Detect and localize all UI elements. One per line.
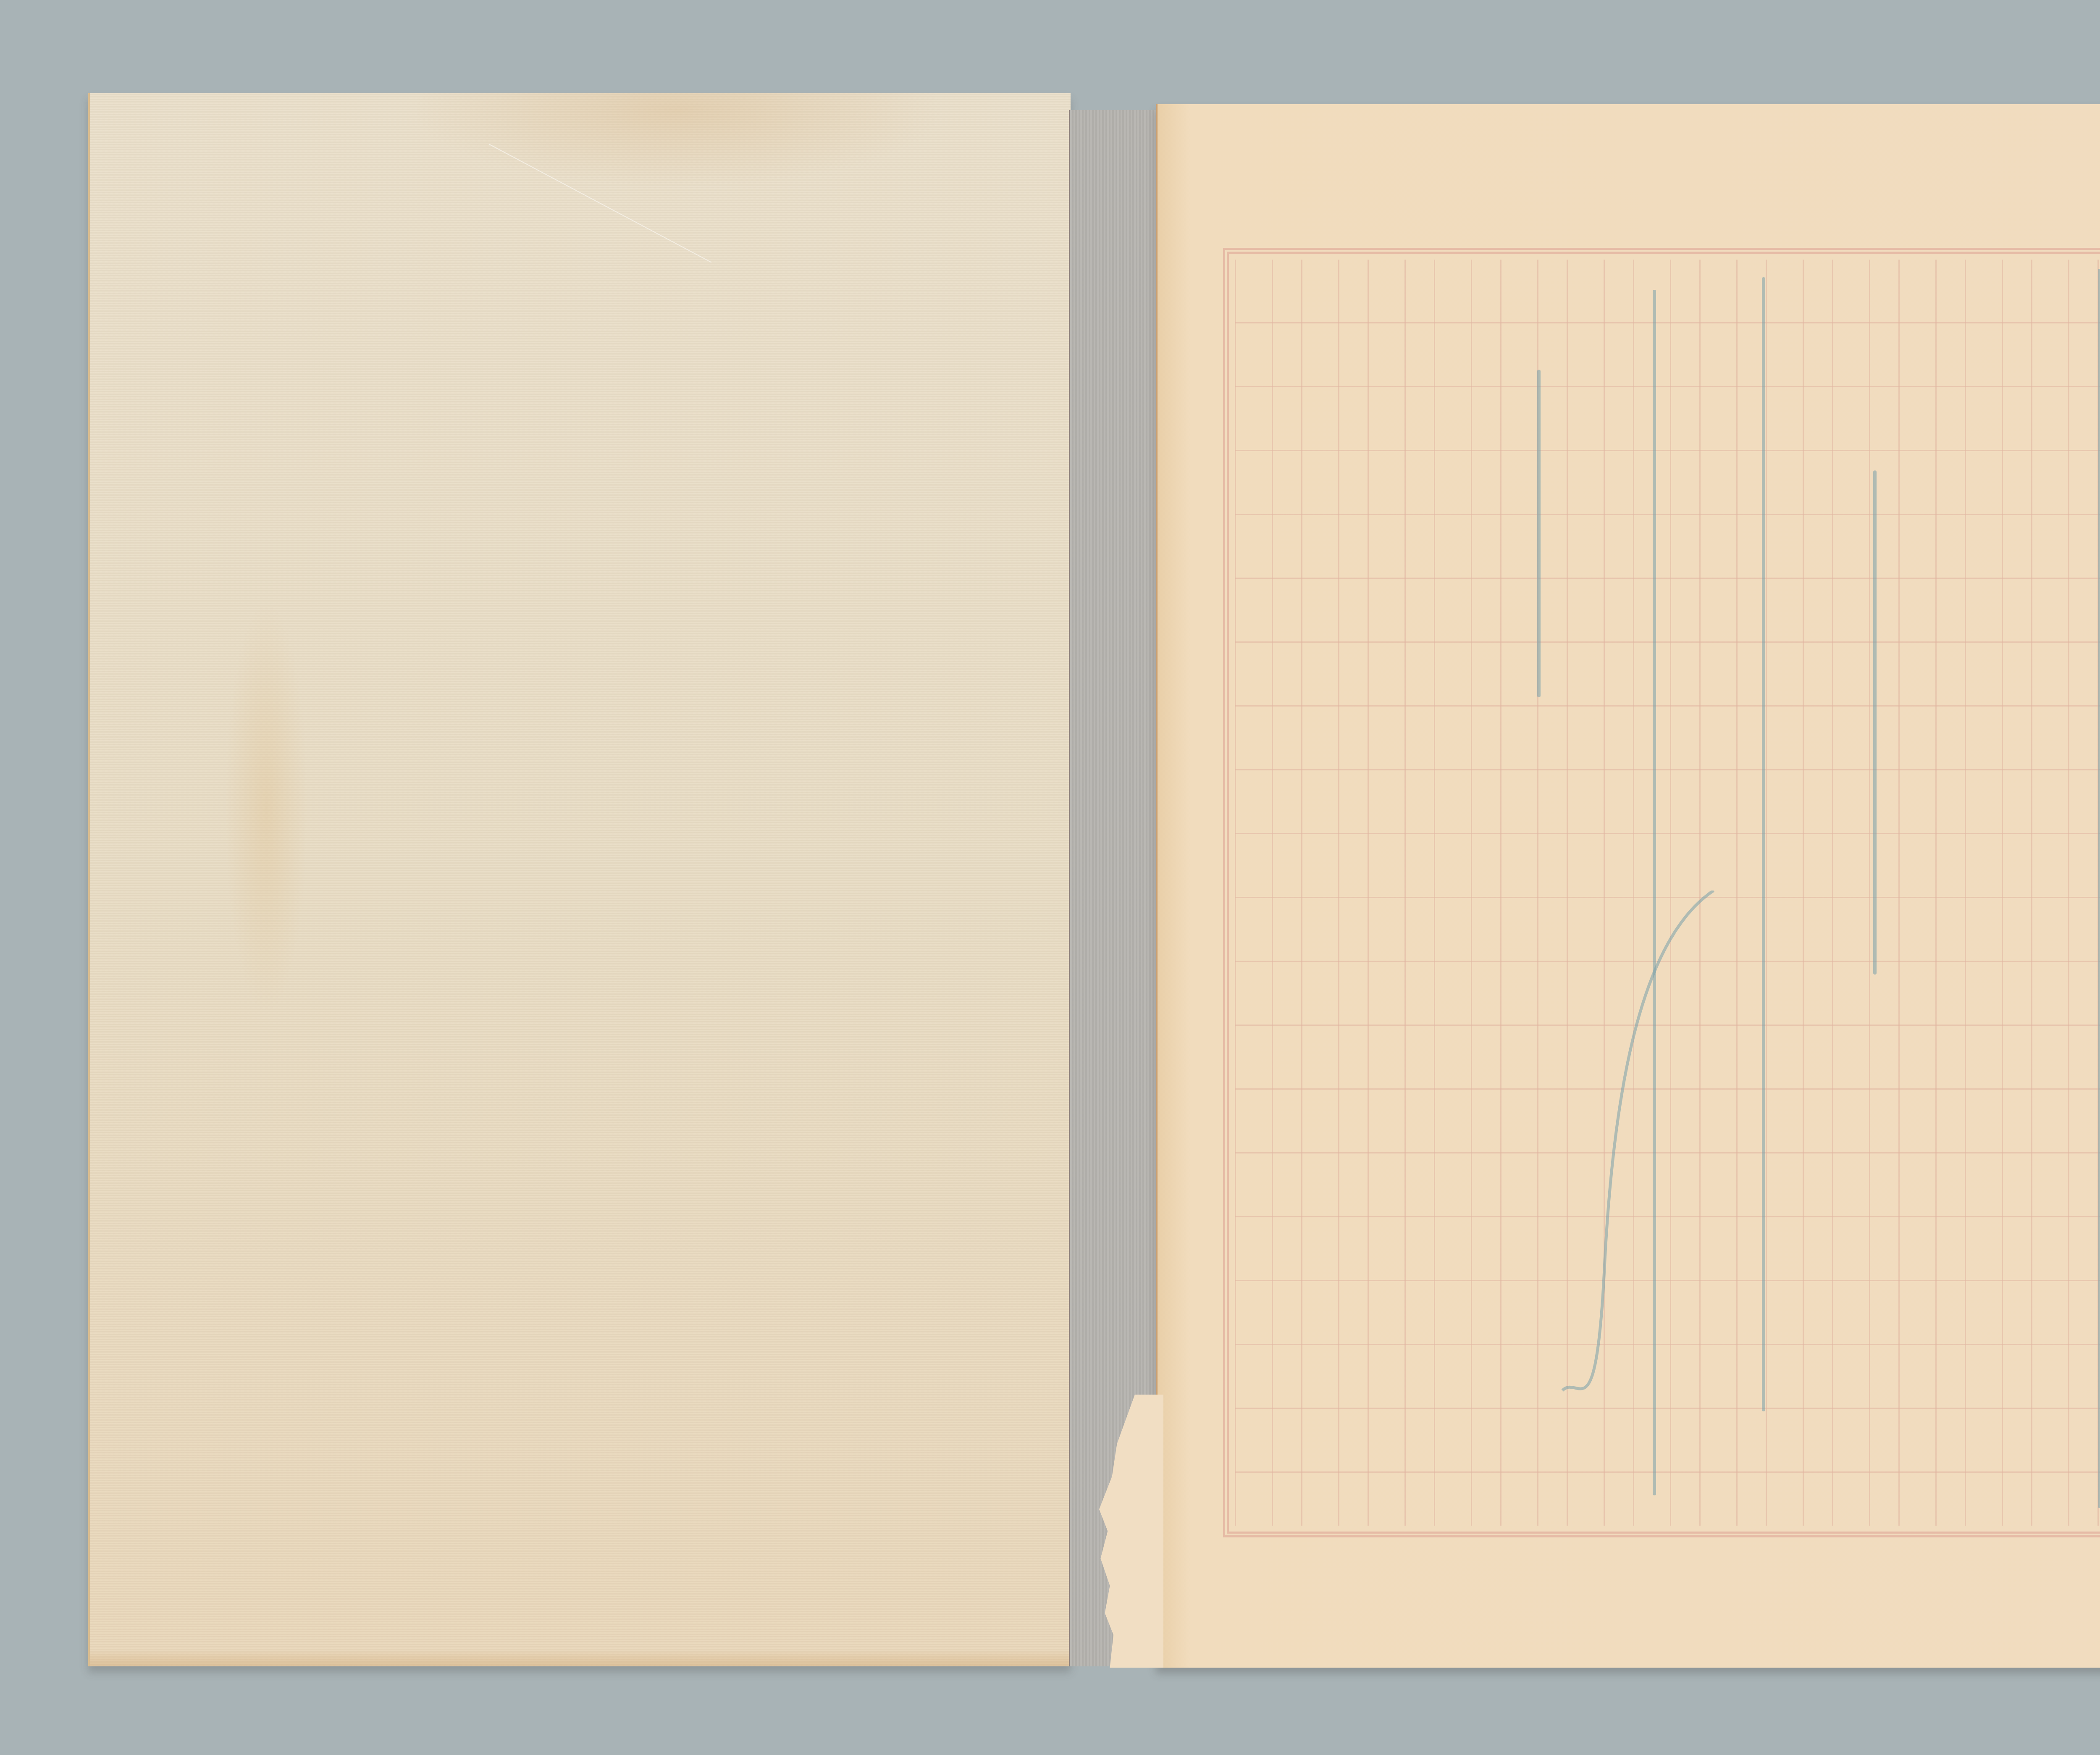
strikethrough-line — [1537, 370, 1541, 697]
cover-crease — [489, 144, 712, 263]
strikethrough-line — [1873, 470, 1877, 975]
strikethrough-line — [1762, 277, 1765, 1411]
left-cover-page — [88, 93, 1071, 1666]
strikethrough-line — [2098, 269, 2100, 1508]
insertion-mark-curve — [1554, 891, 1730, 1395]
cover-stain-edge — [90, 1650, 1071, 1666]
